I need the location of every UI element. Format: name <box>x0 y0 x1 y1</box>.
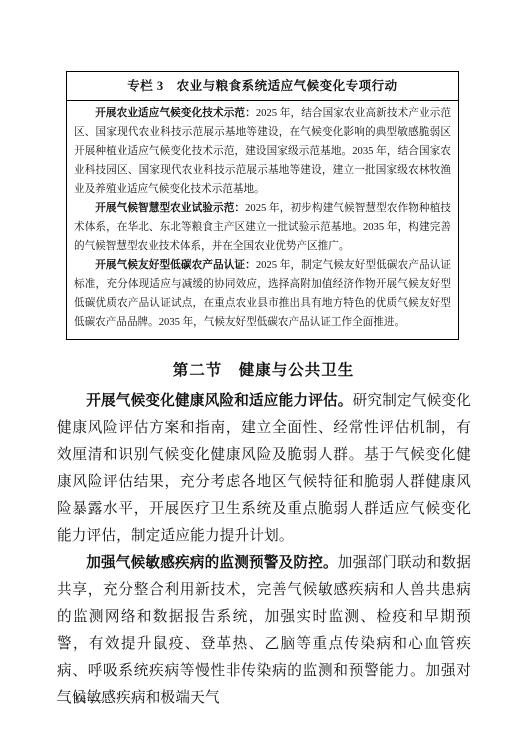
body-paragraph-text: 加强部门联动和数据共享，充分整合利用新技术，完善气候敏感疾病和人兽共患病的监测网… <box>57 555 471 706</box>
box-paragraph-text: 2025 年，结合国家农业高新技术产业示范区、国家现代农业科技示范展示基地等建设… <box>74 108 451 195</box>
box-paragraph-lead: 开展气候友好型低碳农产品认证： <box>95 260 256 271</box>
body-paragraph-lead: 开展气候变化健康风险和适应能力评估。 <box>86 393 352 409</box>
box-paragraph-lead: 开展气候智慧型农业试验示范： <box>95 203 245 214</box>
document-page: 专栏 3 农业与粮食系统适应气候变化专项行动 开展农业适应气候变化技术示范：20… <box>0 0 527 747</box>
body-paragraph: 加强气候敏感疾病的监测预警及防控。加强部门联动和数据共享，充分整合利用新技术，完… <box>57 550 471 712</box>
main-text: 开展气候变化健康风险和适应能力评估。研究制定气候变化健康风险评估方案和指南，建立… <box>57 388 471 712</box>
body-paragraph: 开展气候变化健康风险和适应能力评估。研究制定气候变化健康风险评估方案和指南，建立… <box>57 388 471 550</box>
box-title: 专栏 3 农业与粮食系统适应气候变化专项行动 <box>67 72 458 101</box>
box-paragraph: 开展气候智慧型农业试验示范：2025 年，初步构建气候智慧型农作物种植技术体系，… <box>74 199 451 256</box>
box-body: 开展农业适应气候变化技术示范：2025 年，结合国家农业高新技术产业示范区、国家… <box>67 101 458 339</box>
special-action-box: 专栏 3 农业与粮食系统适应气候变化专项行动 开展农业适应气候变化技术示范：20… <box>66 71 459 340</box>
body-paragraph-lead: 加强气候敏感疾病的监测预警及防控。 <box>86 555 338 571</box>
box-paragraph: 开展气候友好型低碳农产品认证：2025 年，制定气候友好型低碳农产品认证标准，充… <box>74 256 451 332</box>
page-number: — 34 — <box>57 694 103 706</box>
box-paragraph-lead: 开展农业适应气候变化技术示范： <box>95 108 256 119</box>
body-paragraph-text: 研究制定气候变化健康风险评估方案和指南，建立全面性、经常性评估机制，有效厘清和识… <box>57 393 471 544</box>
section-heading: 第二节 健康与公共卫生 <box>0 358 527 380</box>
box-paragraph: 开展农业适应气候变化技术示范：2025 年，结合国家农业高新技术产业示范区、国家… <box>74 104 451 199</box>
